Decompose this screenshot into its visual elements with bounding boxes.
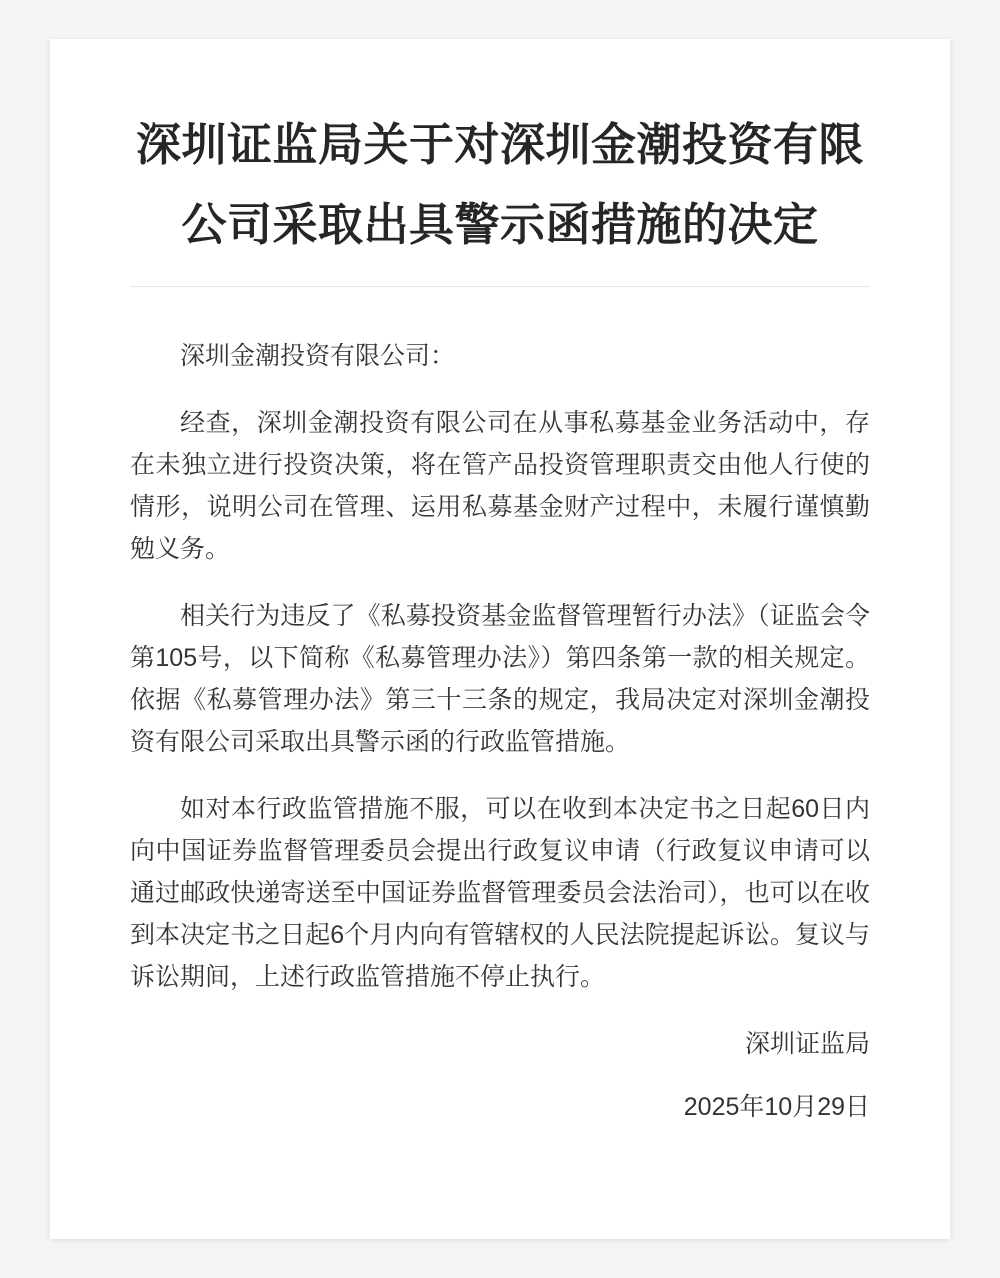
paragraph-violation-decision: 相关行为违反了《私募投资基金监督管理暂行办法》（证监会令第105号，以下简称《私… bbox=[130, 595, 870, 763]
salutation-line: 深圳金潮投资有限公司： bbox=[130, 335, 870, 377]
title-divider bbox=[130, 286, 870, 287]
paragraph-appeal-rights: 如对本行政监管措施不服，可以在收到本决定书之日起60日内向中国证券监督管理委员会… bbox=[130, 788, 870, 998]
document-title: 深圳证监局关于对深圳金潮投资有限公司采取出具警示函措施的决定 bbox=[130, 105, 870, 265]
document-card: 深圳证监局关于对深圳金潮投资有限公司采取出具警示函措施的决定 深圳金潮投资有限公… bbox=[50, 39, 950, 1239]
issue-date: 2025年10月29日 bbox=[130, 1086, 870, 1128]
issuer-signature: 深圳证监局 bbox=[130, 1023, 870, 1065]
document-body: 深圳金潮投资有限公司： 经查，深圳金潮投资有限公司在从事私募基金业务活动中，存在… bbox=[130, 335, 870, 1128]
paragraph-findings: 经查，深圳金潮投资有限公司在从事私募基金业务活动中，存在未独立进行投资决策，将在… bbox=[130, 402, 870, 570]
